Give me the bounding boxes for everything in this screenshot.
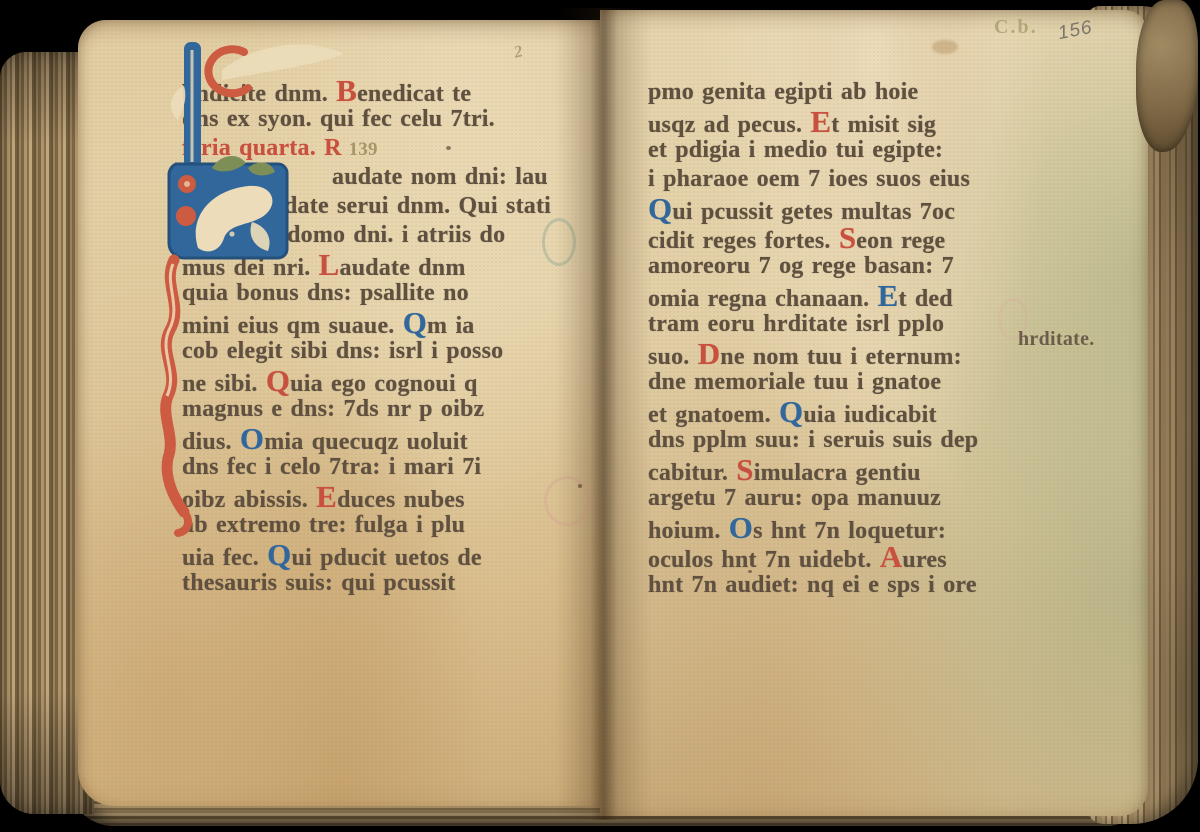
- manuscript-text-line: ab extremo tre: fulga i plu: [182, 511, 632, 540]
- text-segment-ink: dius.: [182, 429, 240, 455]
- text-segment-ink: dne memoriale tuu i gnatoe: [648, 369, 941, 395]
- text-segment-ink: uia fec.: [182, 545, 267, 571]
- text-segment-ink: mus dei nri.: [182, 255, 319, 281]
- manuscript-text-line: amoreoru 7 og rege basan: 7: [648, 252, 1118, 281]
- text-segment-ink: dns fec i celo 7tra: i mari 7i: [182, 454, 481, 480]
- text-segment-ink: cidit reges fortes.: [648, 228, 839, 254]
- manuscript-text-line: feria quarta. R 139: [182, 134, 632, 163]
- text-segment-redcap: A: [880, 539, 903, 574]
- text-segment-redcap: Q: [266, 363, 290, 398]
- manuscript-text-line: thesauris suis: qui pcussit: [182, 569, 632, 598]
- manuscript-text-line: et pdigia i medio tui egipte:: [648, 136, 1118, 165]
- text-segment-ink: imulacra gentiu: [754, 460, 921, 486]
- manuscript-text-line: cabitur. Simulacra gentiu: [648, 455, 1118, 484]
- text-segment-ink: et pdigia i medio tui egipte:: [648, 137, 943, 163]
- text-segment-ink: quia bonus dns: psallite no: [182, 280, 469, 306]
- text-segment-ink: ui pcussit getes multas 7oc: [672, 199, 955, 225]
- manuscript-text-line: mini eius qm suaue. Qm ia: [182, 308, 632, 337]
- text-segment-ink: i domo dni. i atriis do: [272, 222, 505, 248]
- manuscript-text-line: mus dei nri. Laudate dnm: [182, 250, 632, 279]
- text-segment-ink: ne sibi.: [182, 371, 266, 397]
- text-segment-bluecap: Q: [267, 537, 291, 572]
- text-segment-ink: usqz ad pecus.: [648, 112, 810, 138]
- text-segment-ink: ures: [902, 547, 946, 573]
- manuscript-photo: bndicite dnm. Benedicat tedns ex syon. q…: [0, 0, 1200, 832]
- text-segment-ink: suo.: [648, 344, 698, 370]
- text-segment-ink: oculos hnt 7n uidebt.: [648, 547, 880, 573]
- text-segment-ink: oibz abissis.: [182, 487, 316, 513]
- text-segment-redcap: E: [316, 479, 337, 514]
- shelfmark-inscription: C.b.: [994, 16, 1038, 39]
- quire-mark: 2: [512, 41, 525, 62]
- manuscript-text-line: dns fec i celo 7tra: i mari 7i: [182, 453, 632, 482]
- manuscript-text-line: cidit reges fortes. Seon rege: [648, 223, 1118, 252]
- text-segment-bluecap: Q: [648, 191, 672, 226]
- folio-number: 156: [1056, 17, 1094, 45]
- text-segment-ink: t ded: [898, 286, 952, 312]
- manuscript-text-line: bndicite dnm. Benedicat te: [182, 76, 632, 105]
- text-segment-ink: enedicat te: [357, 81, 471, 107]
- text-segment-ink: amoreoru 7 og rege basan: 7: [648, 253, 954, 279]
- manuscript-text-line: hoium. Os hnt 7n loquetur:: [648, 513, 1118, 542]
- manuscript-text-line: ne sibi. Quia ego cognoui q: [182, 366, 632, 395]
- text-segment-ink: s hnt 7n loquetur:: [753, 518, 946, 544]
- text-segment-redcap: L: [319, 247, 340, 282]
- manuscript-text-line: oculos hnt 7n uidebt. Aures: [648, 542, 1118, 571]
- text-segment-ink: cob elegit sibi dns: isrl i posso: [182, 338, 503, 364]
- text-segment-ink: t misit sig: [831, 112, 936, 138]
- manuscript-text-line: audate nom dni: lau: [182, 163, 632, 192]
- manuscript-text-line: oibz abissis. Educes nubes: [182, 482, 632, 511]
- text-segment-ink: duces nubes: [337, 487, 465, 513]
- text-segment-redcap: B: [336, 73, 357, 108]
- manuscript-text-line: usqz ad pecus. Et misit sig: [648, 107, 1118, 136]
- text-segment-bluecap: Q: [403, 305, 427, 340]
- left-page-text: bndicite dnm. Benedicat tedns ex syon. q…: [182, 76, 632, 598]
- text-segment-ink: eon rege: [856, 228, 945, 254]
- text-segment-ink: mini eius qm suaue.: [182, 313, 403, 339]
- left-page: bndicite dnm. Benedicat tedns ex syon. q…: [78, 20, 600, 806]
- text-segment-bluecap: Q: [779, 394, 803, 429]
- text-segment-bluecap: O: [240, 421, 264, 456]
- manuscript-text-line: uia fec. Qui pducit uetos de: [182, 540, 632, 569]
- text-segment-ink: uia iudicabit: [803, 402, 936, 428]
- text-segment-ink: argetu 7 auru: opa manuuz: [648, 485, 941, 511]
- text-segment-ink: bndicite dnm.: [182, 81, 336, 107]
- manuscript-text-line: cob elegit sibi dns: isrl i posso: [182, 337, 632, 366]
- manuscript-text-line: magnus e dns: 7ds nr p oibz: [182, 395, 632, 424]
- text-segment-red: feria quarta. R: [182, 135, 342, 161]
- text-segment-redcap: D: [698, 336, 721, 371]
- manuscript-text-line: i pharaoe oem 7 ioes suos eius: [648, 165, 1118, 194]
- text-segment-redcap: S: [839, 220, 856, 255]
- text-segment-bluecap: O: [729, 510, 753, 545]
- text-segment-ink: dns ex syon. qui fec celu 7tri.: [182, 106, 495, 132]
- text-segment-ink: ne nom tuu i eternum:: [720, 344, 962, 370]
- text-segment-ink: et gnatoem.: [648, 402, 779, 428]
- manuscript-text-line: et gnatoem. Quia iudicabit: [648, 397, 1118, 426]
- text-segment-ink: audate nom dni: lau: [332, 164, 548, 190]
- text-segment-ink: date serui dnm. Qui stati: [284, 193, 551, 219]
- manuscript-text-line: omia regna chanaan. Et ded: [648, 281, 1118, 310]
- margin-note: hrditate.: [1018, 328, 1095, 351]
- right-page: pmo genita egipti ab hoieusqz ad pecus. …: [600, 10, 1148, 816]
- text-segment-ink: hnt 7n audiet: nq ei e sps i ore: [648, 572, 977, 598]
- text-segment-ink: tram eoru hrditate isrl pplo: [648, 311, 944, 337]
- manuscript-text-line: argetu 7 auru: opa manuuz: [648, 484, 1118, 513]
- text-segment-ink: i pharaoe oem 7 ioes suos eius: [648, 166, 970, 192]
- text-segment-ink: audate dnm: [340, 255, 466, 281]
- text-segment-ink: m ia: [427, 313, 474, 339]
- manuscript-text-line: dius. Omia quecuqz uoluit: [182, 424, 632, 453]
- text-segment-ink: magnus e dns: 7ds nr p oibz: [182, 396, 484, 422]
- text-segment-ink: thesauris suis: qui pcussit: [182, 570, 455, 596]
- manuscript-text-line: quia bonus dns: psallite no: [182, 279, 632, 308]
- text-segment-faded: 139: [342, 139, 378, 160]
- text-segment-ink: ui pducit uetos de: [291, 545, 481, 571]
- manuscript-text-line: pmo genita egipti ab hoie: [648, 78, 1118, 107]
- text-segment-ink: omia regna chanaan.: [648, 286, 878, 312]
- manuscript-text-line: date serui dnm. Qui stati: [182, 192, 632, 221]
- manuscript-text-line: dns pplm suu: i seruis suis dep: [648, 426, 1118, 455]
- text-segment-redcap: E: [810, 104, 831, 139]
- text-segment-ink: mia quecuqz uoluit: [264, 429, 468, 455]
- text-segment-bluecap: E: [878, 278, 899, 313]
- text-segment-ink: pmo genita egipti ab hoie: [648, 79, 918, 105]
- text-segment-ink: hoium.: [648, 518, 729, 544]
- text-segment-redcap: S: [736, 452, 753, 487]
- text-segment-ink: dns pplm suu: i seruis suis dep: [648, 427, 978, 453]
- text-segment-ink: uia ego cognoui q: [290, 371, 477, 397]
- manuscript-text-line: dne memoriale tuu i gnatoe: [648, 368, 1118, 397]
- stain-smudge: [932, 40, 958, 54]
- text-segment-ink: cabitur.: [648, 460, 736, 486]
- manuscript-text-line: i domo dni. i atriis do: [182, 221, 632, 250]
- manuscript-text-line: Qui pcussit getes multas 7oc: [648, 194, 1118, 223]
- text-segment-ink: ab extremo tre: fulga i plu: [182, 512, 465, 538]
- manuscript-text-line: hnt 7n audiet: nq ei e sps i ore: [648, 571, 1118, 600]
- manuscript-text-line: dns ex syon. qui fec celu 7tri.: [182, 105, 632, 134]
